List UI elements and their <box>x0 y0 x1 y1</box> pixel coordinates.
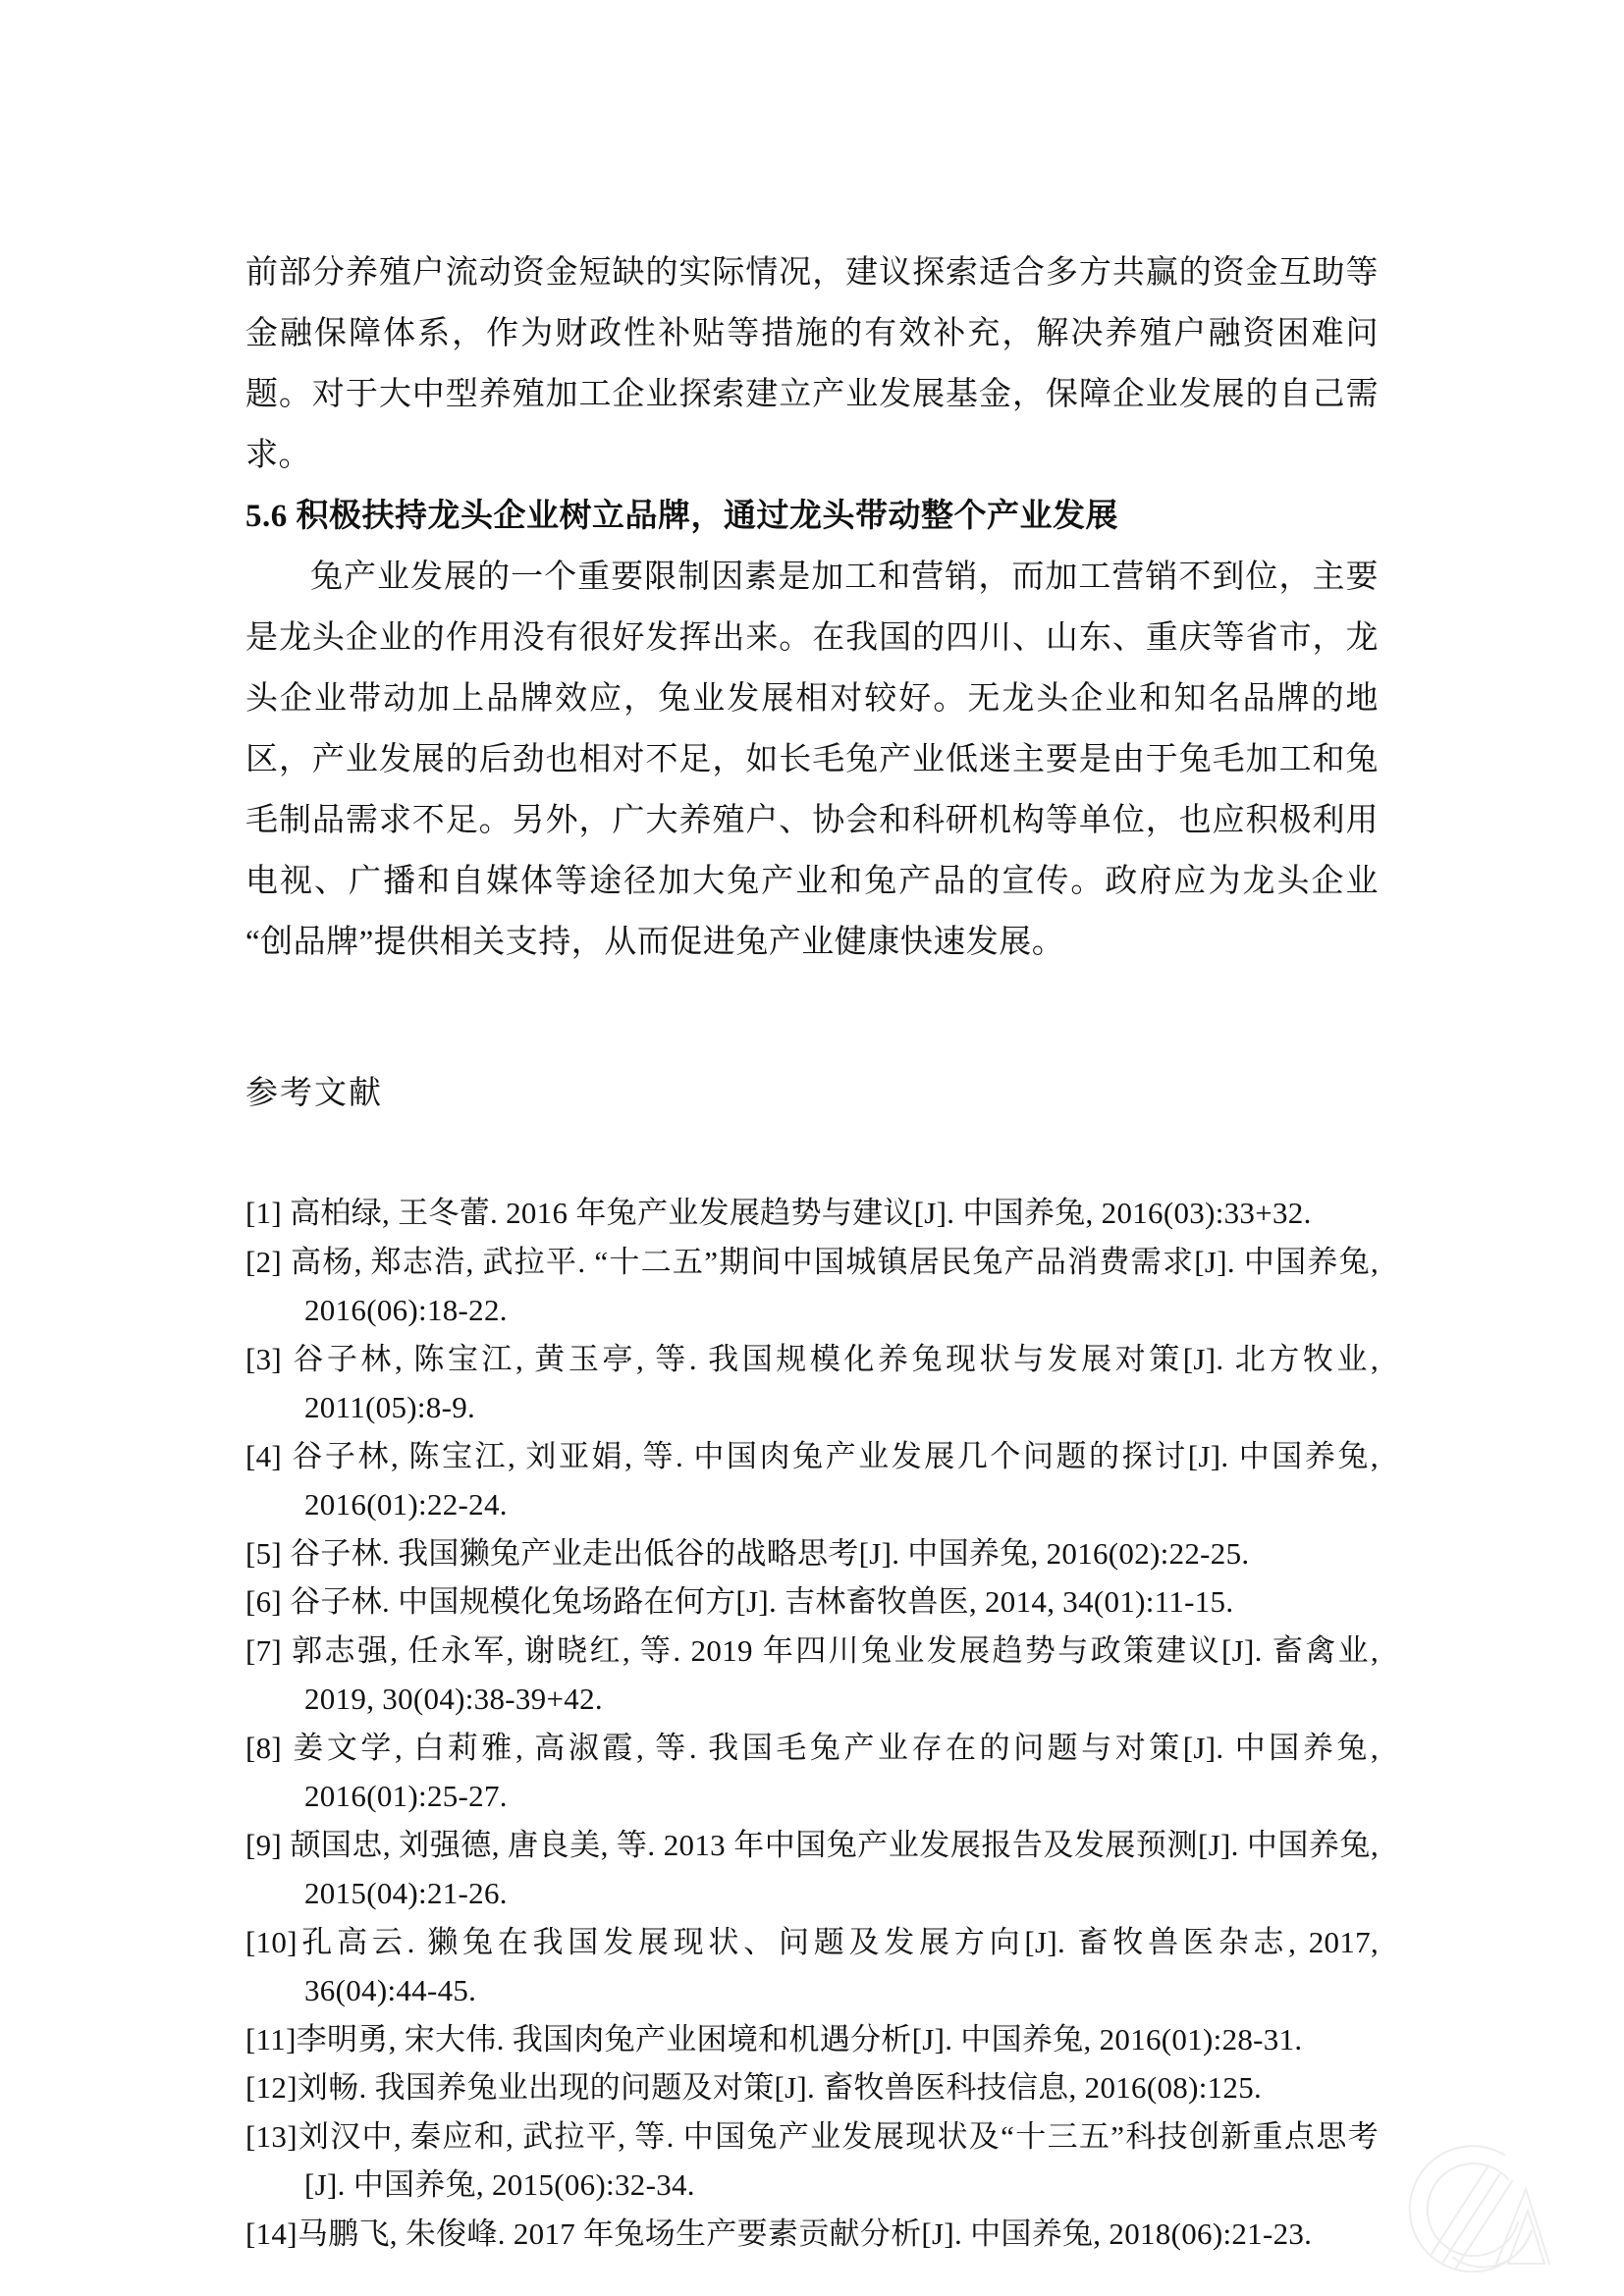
reference-list: [1] 高柏绿, 王冬蕾. 2016 年兔产业发展趋势与建议[J]. 中国养兔,… <box>245 1189 1379 2258</box>
reference-item: [3] 谷子林, 陈宝江, 黄玉亭, 等. 我国规模化养兔现状与发展对策[J].… <box>245 1335 1379 1432</box>
content-column: 前部分养殖户流动资金短缺的实际情况，建议探索适合多方共赢的资金互助等金融保障体系… <box>245 242 1379 2258</box>
reference-item: [12]刘畅. 我国养兔业出现的问题及对策[J]. 畜牧兽医科技信息, 2016… <box>245 2063 1379 2112</box>
section-paragraph: 兔产业发展的一个重要限制因素是加工和营销，而加工营销不到位，主要是龙头企业的作用… <box>245 547 1379 973</box>
reference-item: [4] 谷子林, 陈宝江, 刘亚娟, 等. 中国肉兔产业发展几个问题的探讨[J]… <box>245 1432 1379 1529</box>
reference-item: [14]马鹏飞, 朱俊峰. 2017 年兔场生产要素贡献分析[J]. 中国养兔,… <box>245 2210 1379 2259</box>
reference-item: [8] 姜文学, 白莉雅, 高淑霞, 等. 我国毛兔产业存在的问题与对策[J].… <box>245 1724 1379 1821</box>
reference-item: [2] 高杨, 郑志浩, 武拉平. “十二五”期间中国城镇居民兔产品消费需求[J… <box>245 1238 1379 1335</box>
publisher-logo-watermark-icon <box>1402 2138 1551 2283</box>
reference-item: [6] 谷子林. 中国规模化兔场路在何方[J]. 吉林畜牧兽医, 2014, 3… <box>245 1577 1379 1627</box>
reference-item: [11]李明勇, 宋大伟. 我国肉兔产业困境和机遇分析[J]. 中国养兔, 20… <box>245 2015 1379 2064</box>
reference-item: [13]刘汉中, 秦应和, 武拉平, 等. 中国兔产业发展现状及“十三五”科技创… <box>245 2112 1379 2210</box>
reference-item: [10]孔高云. 獭兔在我国发展现状、问题及发展方向[J]. 畜牧兽医杂志, 2… <box>245 1918 1379 2015</box>
paper-page: 前部分养殖户流动资金短缺的实际情况，建议探索适合多方共赢的资金互助等金融保障体系… <box>0 0 1624 2296</box>
reference-item: [7] 郭志强, 任永军, 谢晓红, 等. 2019 年四川兔业发展趋势与政策建… <box>245 1627 1379 1724</box>
reference-item: [1] 高柏绿, 王冬蕾. 2016 年兔产业发展趋势与建议[J]. 中国养兔,… <box>245 1189 1379 1238</box>
reference-item: [5] 谷子林. 我国獭兔产业走出低谷的战略思考[J]. 中国养兔, 2016(… <box>245 1529 1379 1578</box>
references-heading: 参考文献 <box>245 1063 1379 1124</box>
paragraph-continuation: 前部分养殖户流动资金短缺的实际情况，建议探索适合多方共赢的资金互助等金融保障体系… <box>245 242 1379 486</box>
section-heading-5-6: 5.6 积极扶持龙头企业树立品牌，通过龙头带动整个产业发展 <box>245 486 1379 547</box>
reference-item: [9] 颉国忠, 刘强德, 唐良美, 等. 2013 年中国兔产业发展报告及发展… <box>245 1821 1379 1918</box>
